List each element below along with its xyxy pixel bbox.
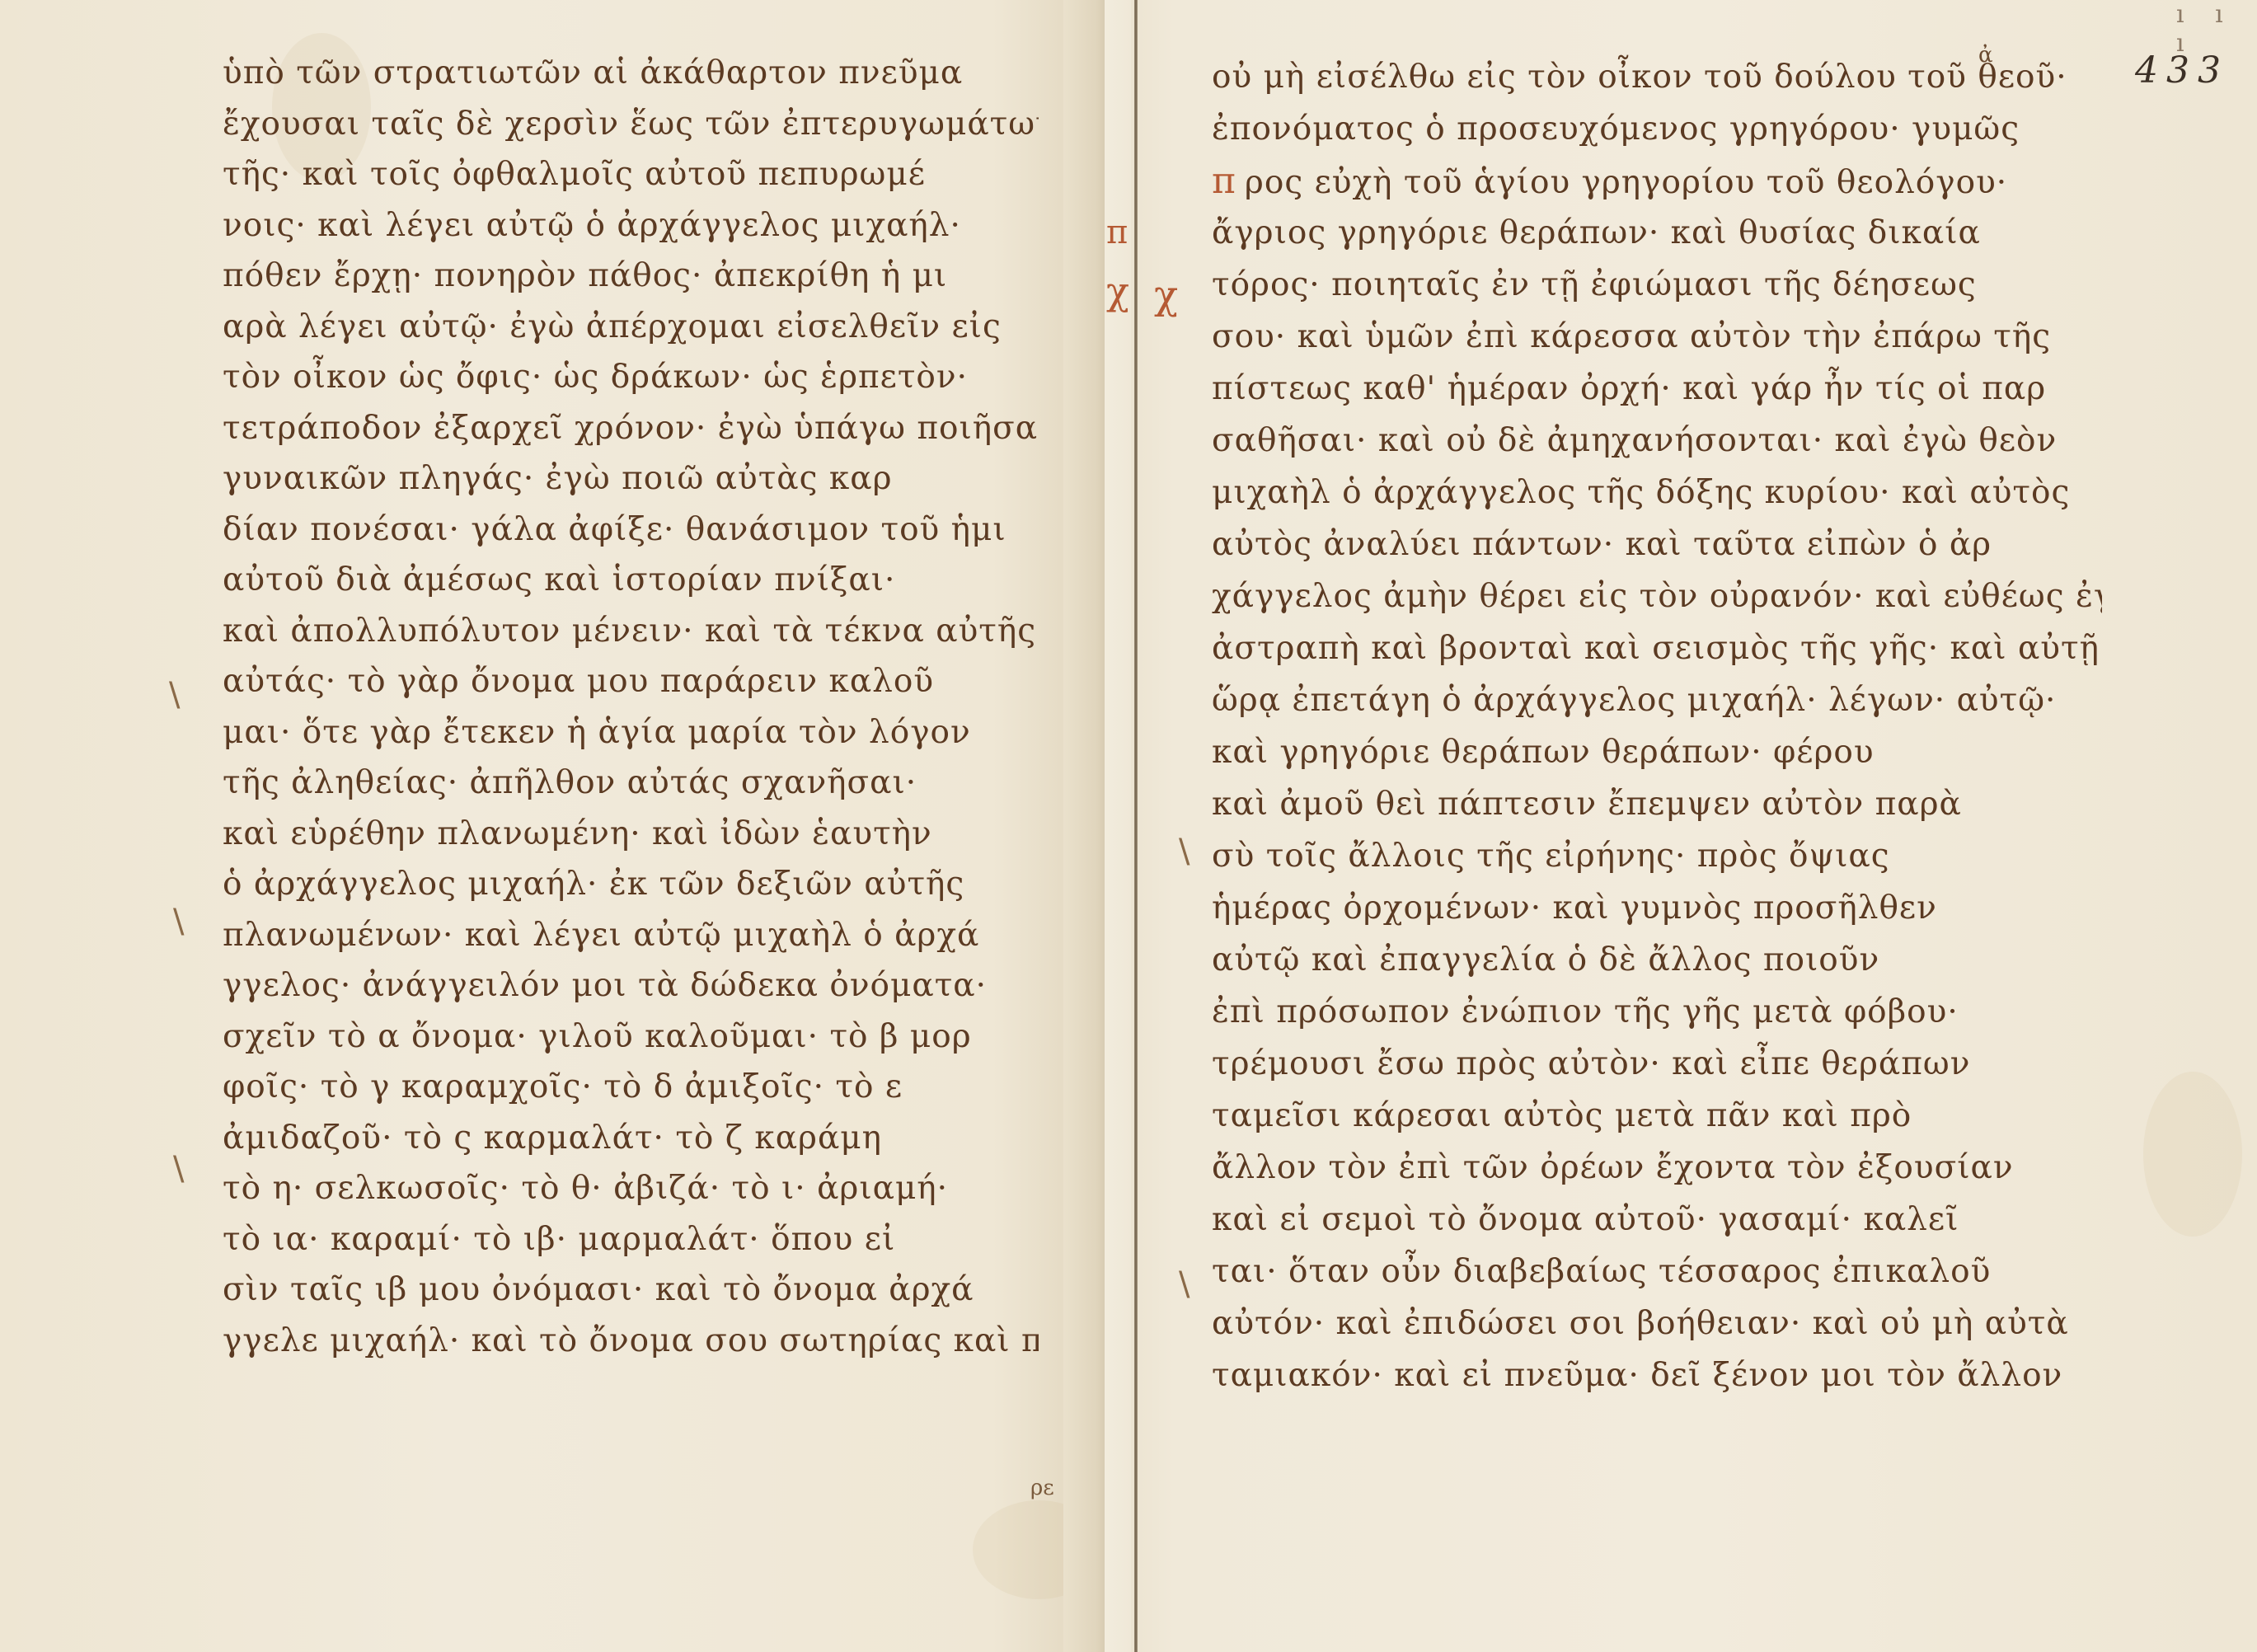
margin-stroke: \ [173, 1150, 184, 1188]
text-line: ὑπὸ τῶν στρατιωτῶν αἱ ἀκάθαρτον πνεῦμα [223, 48, 1039, 99]
left-page: ὑπὸ τῶν στρατιωτῶν αἱ ἀκάθαρτον πνεῦμα ἔ… [0, 0, 1063, 1652]
text-line: σὺ τοῖς ἄλλοις τῆς εἰρήνης· πρὸς ὄψιας [1212, 830, 2102, 882]
text-line: αὐτόν· καὶ ἐπιδώσει σοι βοήθειαν· καὶ οὐ… [1212, 1298, 2102, 1349]
text-line: μαι· ὅτε γὰρ ἔτεκεν ἡ ἁγία μαρία τὸν λόγ… [223, 707, 1039, 758]
text-line: γγελε μιχαήλ· καὶ τὸ ὄνομα σου σωτηρίας … [223, 1316, 1039, 1367]
text-line: αὐτῷ καὶ ἐπαγγελία ὁ δὲ ἄλλος ποιοῦν [1212, 934, 2102, 986]
text-line: σὶν ταῖς ιβ μου ὀνόμασι· καὶ τὸ ὄνομα ἀρ… [223, 1265, 1039, 1316]
text-line: φοῖς· τὸ γ καραμχοῖς· τὸ δ ἀμιξοῖς· τὸ ε [223, 1062, 1039, 1113]
text-line-content: ρος εὐχὴ τοῦ ἁγίου γρηγορίου τοῦ θεολόγο… [1245, 164, 2007, 201]
text-line: αρὰ λέγει αὐτῷ· ἐγὼ ἀπέρχομαι εἰσελθεῖν … [223, 302, 1039, 353]
text-line: καὶ γρηγόριε θεράπων θεράπων· φέρου [1212, 726, 2102, 778]
rubric-initial-pi: π [1212, 160, 1236, 202]
text-line: ἐπὶ πρόσωπον ἐνώπιον τῆς γῆς μετὰ φόβου· [1212, 986, 2102, 1038]
rubric-chi-margin: χ [1154, 272, 1178, 318]
text-line: ὁ ἀρχάγγελος μιχαήλ· ἐκ τῶν δεξιῶν αὐτῆς [223, 859, 1039, 910]
text-line: χάγγελος ἀμὴν θέρει εἰς τὸν οὐρανόν· καὶ… [1212, 570, 2102, 622]
text-line: πλανωμένων· καὶ λέγει αὐτῷ μιχαὴλ ὁ ἀρχά [223, 910, 1039, 961]
text-line: τόρος· ποιηταῖς ἐν τῇ ἐφιώμασι τῆς δέησε… [1212, 259, 2102, 311]
text-line: αὐτοῦ διὰ ἀμέσως καὶ ἱστορίαν πνίξαι· [223, 555, 1039, 606]
text-line: ται· ὅταν οὖν διαβεβαίως τέσσαρος ἐπικαλ… [1212, 1246, 2102, 1298]
text-line: τρέμουσι ἔσω πρὸς αὐτὸν· καὶ εἶπε θεράπω… [1212, 1038, 2102, 1090]
text-line: τὸ ια· καραμί· τὸ ιβ· μαρμαλάτ· ὅπου εἰ [223, 1214, 1039, 1265]
gutter-crease [1134, 0, 1138, 1652]
margin-note: ρε [1030, 1476, 1054, 1500]
gutter-rubric-chi: χ [1106, 272, 1129, 310]
text-line: προς εὐχὴ τοῦ ἁγίου γρηγορίου τοῦ θεολόγ… [1212, 155, 2102, 207]
gutter-fold [1063, 0, 1105, 1652]
text-line: ὥρᾳ ἐπετάγη ὁ ἀρχάγγελος μιχαήλ· λέγων· … [1212, 674, 2102, 726]
text-line: αὐτὸς ἀναλύει πάντων· καὶ ταῦτα εἰπὼν ὁ … [1212, 519, 2102, 570]
text-line: πίστεως καθ' ἡμέραν ὀρχή· καὶ γάρ ἦν τίς… [1212, 363, 2102, 415]
text-line: αὐτάς· τὸ γὰρ ὄνομα μου παράρειν καλοῦ [223, 656, 1039, 707]
text-line: δίαν πονέσαι· γάλα ἀφίξε· θανάσιμον τοῦ … [223, 505, 1039, 556]
text-line: ταμιακόν· καὶ εἰ πνεῦμα· δεῖ ξένον μοι τ… [1212, 1349, 2102, 1401]
gutter-rubric-pi: π [1106, 216, 1128, 249]
right-page-text: οὐ μὴ εἰσέλθω εἰς τὸν οἶκον τοῦ δούλου τ… [1212, 51, 2102, 1401]
left-page-text: ὑπὸ τῶν στρατιωτῶν αἱ ἀκάθαρτον πνεῦμα ἔ… [223, 48, 1039, 1366]
text-line: οὐ μὴ εἰσέλθω εἰς τὸν οἶκον τοῦ δούλου τ… [1212, 51, 2102, 103]
text-line: ἀστραπὴ καὶ βρονταὶ καὶ σεισμὸς τῆς γῆς·… [1212, 622, 2102, 674]
text-line: τῆς· καὶ τοῖς ὀφθαλμοῖς αὐτοῦ πεπυρωμέ [223, 149, 1039, 200]
text-line: τὸν οἶκον ὡς ὄφις· ὡς δράκων· ὡς ἑρπετὸν… [223, 352, 1039, 403]
text-line: ἔχουσαι ταῖς δὲ χερσὶν ἕως τῶν ἐπτερυγωμ… [223, 99, 1039, 150]
folio-number: 433 [2135, 49, 2229, 92]
text-line: γγελος· ἀνάγγειλόν μοι τὰ δώδεκα ὀνόματα… [223, 960, 1039, 1011]
text-line: πόθεν ἔρχῃ· πονηρὸν πάθος· ἀπεκρίθη ἡ μι [223, 251, 1039, 302]
text-line: καὶ ἀπολλυπόλυτον μένειν· καὶ τὰ τέκνα α… [223, 606, 1039, 657]
margin-stroke: \ [1179, 1265, 1189, 1303]
text-line: σχεῖν τὸ α ὄνομα· γιλοῦ καλοῦμαι· τὸ β μ… [223, 1011, 1039, 1063]
text-line: ἐπονόματος ὁ προσευχόμενος γρηγόρου· γυμ… [1212, 103, 2102, 155]
text-line: καὶ ἀμοῦ θεὶ πάπτεσιν ἔπεμψεν αὐτὸν παρὰ [1212, 778, 2102, 830]
text-line: καὶ εἰ σεμοὶ τὸ ὄνομα αὐτοῦ· γασαμί· καλ… [1212, 1194, 2102, 1246]
text-line: γυναικῶν πληγάς· ἐγὼ ποιῶ αὐτὰς καρ [223, 453, 1039, 505]
text-line: ἡμέρας ὀρχομένων· καὶ γυμνὸς προσῆλθεν [1212, 882, 2102, 934]
text-line: ἄλλον τὸν ἐπὶ τῶν ὀρέων ἔχοντα τὸν ἐξουσ… [1212, 1142, 2102, 1194]
text-line: μιχαὴλ ὁ ἀρχάγγελος τῆς δόξης κυρίου· κα… [1212, 467, 2102, 519]
margin-stroke: \ [1179, 833, 1189, 871]
text-line: σαθῆσαι· καὶ οὐ δὲ ἀμηχανήσονται· καὶ ἐγ… [1212, 415, 2102, 467]
right-page: χ ἀ οὐ μὴ εἰσέλθω εἰς τὸν οἶκον τοῦ δούλ… [1154, 0, 2257, 1652]
text-line: σου· καὶ ὑμῶν ἐπὶ κάρεσσα αὐτὸν τὴν ἐπάρ… [1212, 311, 2102, 363]
text-line: νοις· καὶ λέγει αὐτῷ ὁ ἀρχάγγελος μιχαήλ… [223, 200, 1039, 251]
text-line: ἀμιδαζοῦ· τὸ ς καρμαλάτ· τὸ ζ καράμη [223, 1113, 1039, 1164]
text-line: τετράποδον ἐξαρχεῖ χρόνον· ἐγὼ ὑπάγω ποι… [223, 403, 1039, 454]
book-gutter: π χ [1063, 0, 1154, 1652]
text-line: ταμεῖσι κάρεσαι αὐτὸς μετὰ πᾶν καὶ πρὸ [1212, 1090, 2102, 1142]
manuscript-spread: ὑπὸ τῶν στρατιωτῶν αἱ ἀκάθαρτον πνεῦμα ἔ… [0, 0, 2257, 1652]
text-line: τῆς ἀληθείας· ἀπῆλθον αὐτάς σχανῆσαι· [223, 758, 1039, 809]
text-line: τὸ η· σελκωσοῖς· τὸ θ· ἀβιζά· τὸ ι· ἀρια… [223, 1163, 1039, 1214]
margin-stroke: \ [173, 903, 184, 941]
text-line: καὶ εὑρέθην πλανωμένη· καὶ ἰδὼν ἑαυτὴν [223, 809, 1039, 860]
margin-stroke: \ [169, 676, 180, 714]
text-line: ἄγριος γρηγόριε θεράπων· καὶ θυσίας δικα… [1212, 207, 2102, 259]
